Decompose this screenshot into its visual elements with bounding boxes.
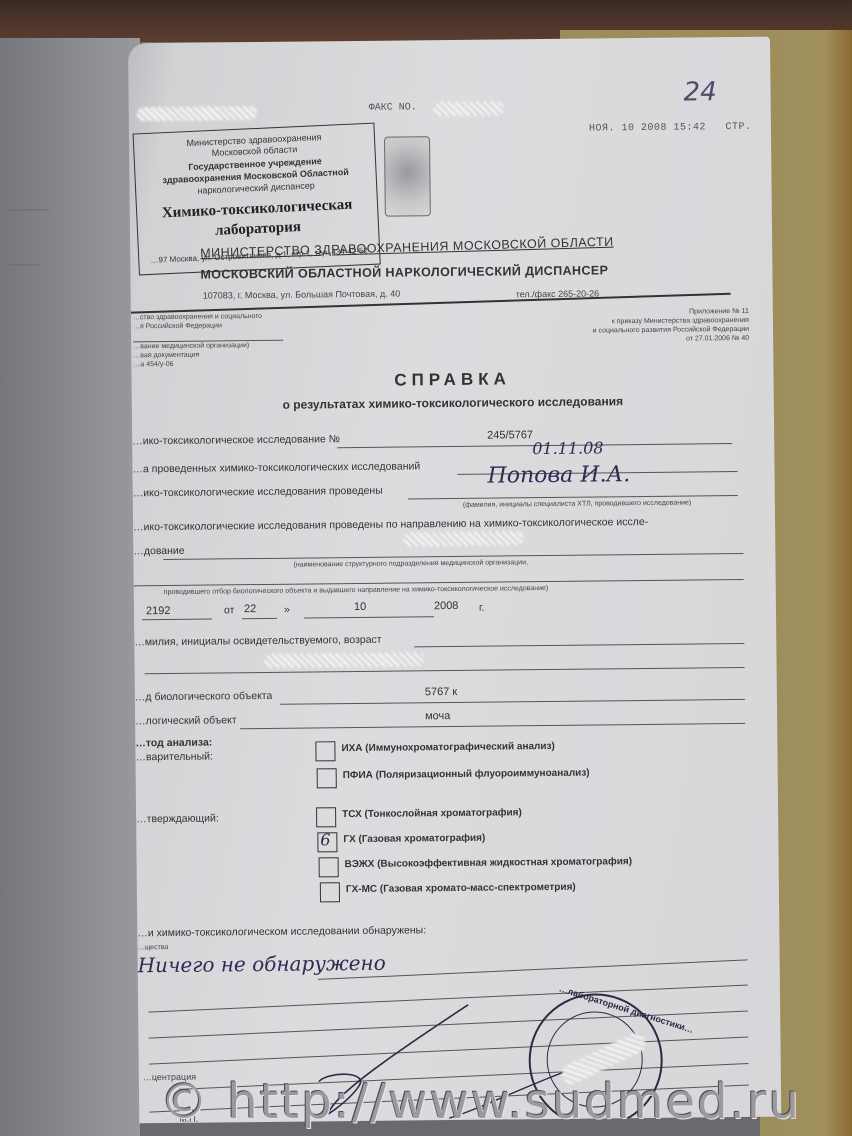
margin-note: …я Российской Федерации	[133, 321, 283, 332]
sample-type-value: моча	[425, 710, 450, 722]
sample-code-label: …д биологического объекта	[135, 690, 273, 703]
fax-datetime-value: НОЯ. 10 2008 15:42	[589, 122, 706, 134]
field-line	[280, 699, 745, 705]
method-checkbox-пфиа[interactable]	[317, 768, 337, 788]
facing-page: ▁▁▁▁▁ ▁▁▁▁	[0, 38, 140, 1136]
ghost-text: ▁▁▁▁▁	[6, 198, 48, 211]
subject-label: …милия, инициалы освидетельствуемого, во…	[134, 634, 381, 649]
document-subtitle: о результатах химико-токсикологического …	[132, 393, 774, 414]
screening-label: …варительный:	[135, 751, 213, 764]
referral-label-cont: …дование	[133, 545, 184, 558]
date-label: …а проведенных химико-токсикологических …	[132, 460, 420, 475]
referral-day: 22	[244, 603, 256, 615]
document-title: СПРАВКА	[131, 367, 773, 394]
redacted-fax-sender	[137, 106, 257, 121]
check-mark-icon: 6	[320, 830, 330, 849]
fax-page-label: СТР.	[725, 122, 751, 133]
method-checkbox-иха[interactable]	[315, 741, 335, 761]
referral-month: 10	[354, 601, 366, 613]
performed-by-hint: (фамилия, инициалы специалиста ХТЛ, пров…	[463, 498, 691, 509]
method-checkbox-тсх[interactable]	[316, 807, 336, 827]
field-line	[304, 616, 434, 618]
method-label: …тод анализа:	[135, 737, 212, 750]
institution-address: 107083, г. Москва, ул. Большая Почтовая,…	[203, 289, 401, 301]
result-handwriting: Ничего не обнаружено	[138, 951, 386, 978]
referral-year: 2008	[434, 600, 459, 612]
result-label: …и химико-токсикологическом исследовании…	[137, 924, 426, 939]
method-label-гх-мс: ГХ-МС (Газовая хромато-масс-спектрометри…	[346, 882, 576, 895]
result-sub: …щества	[137, 943, 168, 952]
method-label-гх: ГХ (Газовая хроматография)	[343, 833, 485, 845]
redacted-fax-number	[434, 101, 504, 116]
field-line	[414, 643, 744, 647]
referral-quote: »	[284, 604, 290, 616]
handwritten-page-number: 24	[683, 77, 716, 107]
field-line	[145, 667, 745, 674]
document-sheet: 24 ФАКС NO. НОЯ. 10 2008 15:42 СТР. Мини…	[128, 37, 781, 1124]
performed-by-label: …ико-токсикологические исследования пров…	[133, 485, 383, 500]
date-value: 01.11.08	[532, 438, 603, 458]
institution-name: МОСКОВСКИЙ ОБЛАСТНОЙ НАРКОЛОГИЧЕСКИЙ ДИС…	[200, 263, 608, 281]
method-checkbox-вэжх[interactable]	[319, 857, 339, 877]
confirm-label: …тверждающий:	[136, 812, 219, 825]
redacted-referral-org	[403, 531, 523, 546]
sample-code-value: 5767 к	[425, 686, 457, 698]
field-line	[242, 618, 277, 619]
referral-year-suffix: г.	[479, 602, 485, 614]
method-label-пфиа: ПФИА (Поляризационный флуороиммуноанализ…	[343, 768, 590, 782]
field-line	[142, 619, 212, 621]
field-line	[240, 723, 745, 729]
method-checkbox-гх-мс[interactable]	[320, 882, 340, 902]
method-label-тсх: ТСХ (Тонкослойная хроматография)	[342, 807, 522, 820]
performed-by-signature: Попова И.А.	[487, 462, 630, 488]
appendix-note: Приложение № 11 к приказу Министерства з…	[592, 307, 749, 345]
method-label-иха: ИХА (Иммунохроматографический анализ)	[341, 741, 555, 754]
redacted-subject-name	[264, 652, 424, 668]
sample-type-label: …логический объект	[135, 714, 237, 727]
coat-of-arms-icon	[384, 136, 431, 216]
ghost-text: ▁▁▁▁	[6, 253, 40, 266]
research-no-value: 245/5767	[487, 429, 533, 441]
referral-hint: (наименование структурного подразделения…	[293, 558, 528, 569]
referral-label: …ико-токсикологические исследования пров…	[133, 516, 648, 533]
referral-from: от	[224, 604, 235, 616]
fax-datetime: НОЯ. 10 2008 15:42 СТР.	[589, 122, 752, 135]
appendix-line: от 27.01.2006 № 40	[593, 334, 749, 345]
fax-label: ФАКС NO.	[369, 102, 417, 114]
left-margin-notes: …ство здравоохранения и социального …я Р…	[133, 312, 284, 370]
research-no-label: …ико-токсикологическое исследование №	[132, 433, 340, 447]
referral-hint-2: проводившего отбор биологического объект…	[164, 584, 549, 597]
referral-no: 2192	[146, 605, 171, 617]
copyright-watermark: © http://www.sudmed.ru	[160, 1074, 801, 1130]
margin-note: …а 454/у-06	[133, 359, 283, 370]
method-label-вэжх: ВЭЖХ (Высокоэффективная жидкостная хрома…	[345, 856, 633, 870]
method-checkbox-гх[interactable]: 6	[317, 832, 337, 852]
